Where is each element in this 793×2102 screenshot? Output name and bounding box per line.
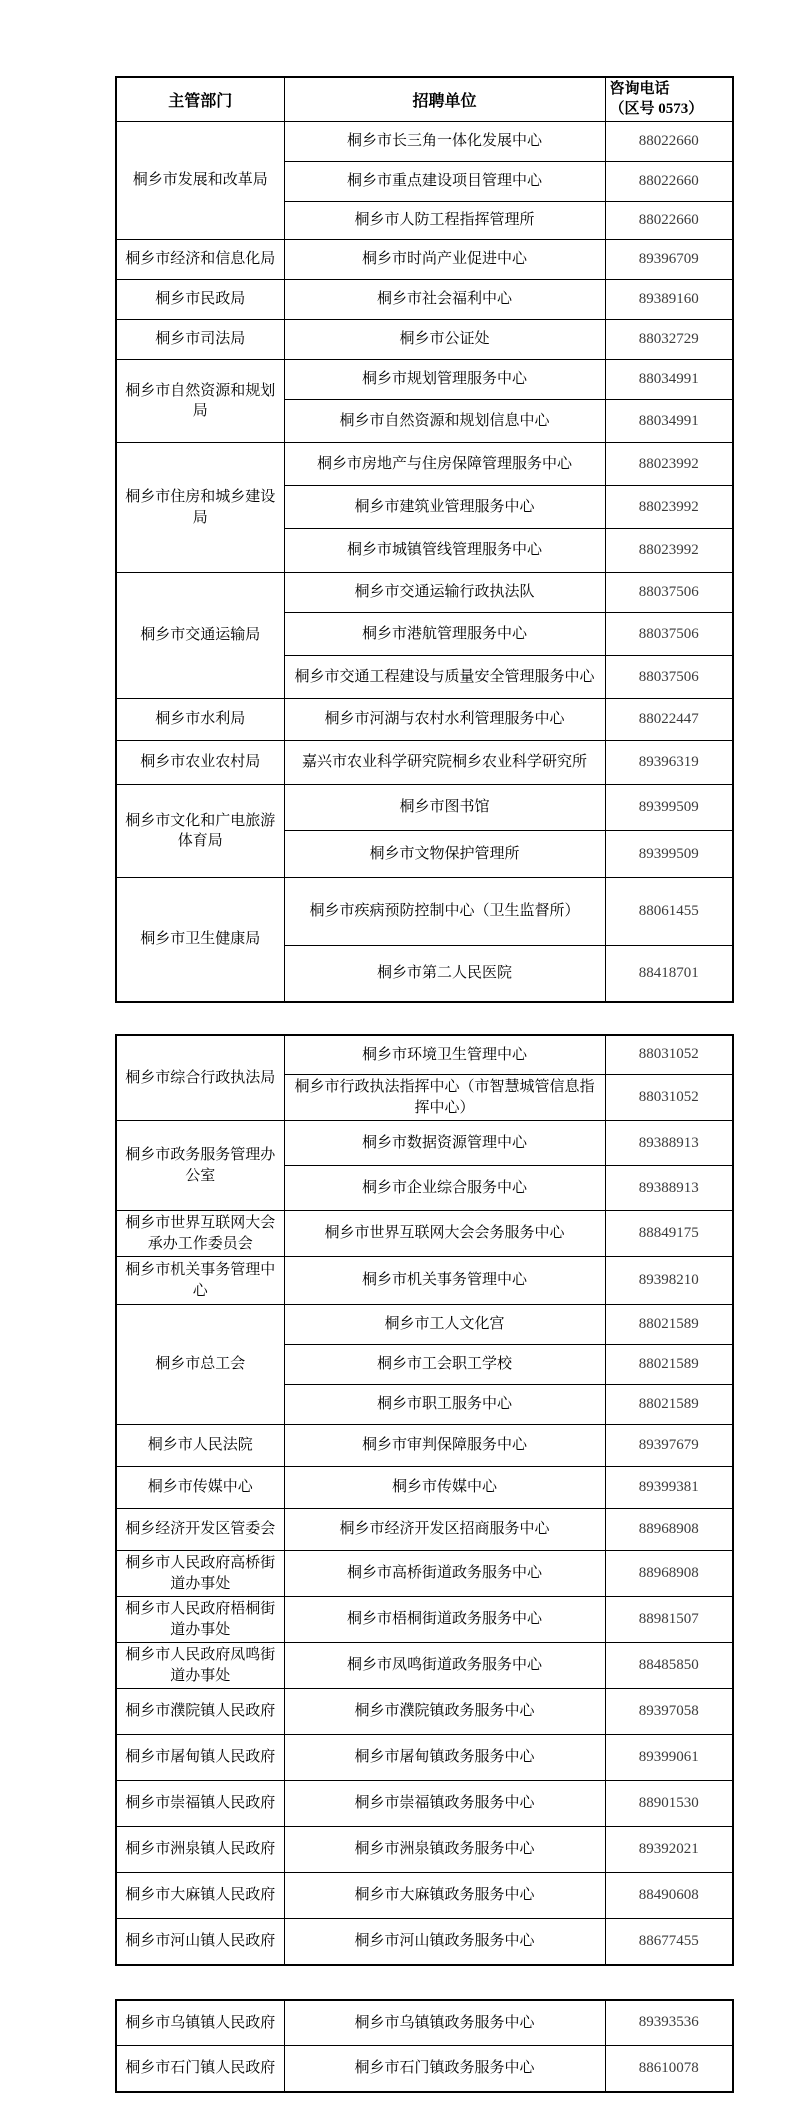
dept-cell: 桐乡市经济和信息化局 [116,240,284,280]
table-row: 桐乡市濮院镇人民政府桐乡市濮院镇政务服务中心89397058 [116,1689,733,1735]
phone-cell: 88021589 [605,1345,733,1385]
dept-cell: 桐乡市洲泉镇人民政府 [116,1827,284,1873]
unit-cell: 桐乡市大麻镇政务服务中心 [284,1873,605,1919]
dept-cell: 桐乡市石门镇人民政府 [116,2046,284,2092]
phone-cell: 89396709 [605,240,733,280]
table-row: 桐乡市文化和广电旅游体育局桐乡市图书馆89399509 [116,785,733,831]
phone-cell: 89397058 [605,1689,733,1735]
phone-cell: 89392021 [605,1827,733,1873]
phone-cell: 88022660 [605,122,733,162]
table-row: 桐乡市经济和信息化局桐乡市时尚产业促进中心89396709 [116,240,733,280]
unit-cell: 桐乡市经济开发区招商服务中心 [284,1509,605,1551]
unit-cell: 桐乡市城镇管线管理服务中心 [284,529,605,573]
unit-cell: 桐乡市机关事务管理中心 [284,1257,605,1305]
phone-cell: 89393536 [605,2000,733,2046]
unit-cell: 桐乡市时尚产业促进中心 [284,240,605,280]
dept-cell: 桐乡市人民政府凤鸣街道办事处 [116,1643,284,1689]
unit-cell: 桐乡市审判保障服务中心 [284,1425,605,1467]
table-row: 桐乡市政务服务管理办公室桐乡市数据资源管理中心89388913 [116,1121,733,1166]
dept-cell: 桐乡经济开发区管委会 [116,1509,284,1551]
table-row: 桐乡市世界互联网大会承办工作委员会桐乡市世界互联网大会会务服务中心8884917… [116,1211,733,1257]
table-row: 桐乡市传媒中心桐乡市传媒中心89399381 [116,1467,733,1509]
unit-cell: 桐乡市规划管理服务中心 [284,360,605,400]
dept-cell: 桐乡市交通运输局 [116,573,284,699]
phone-header-line1: 咨询电话 [610,80,731,100]
unit-cell: 桐乡市凤鸣街道政务服务中心 [284,1643,605,1689]
phone-cell: 89389160 [605,280,733,320]
phone-cell: 88023992 [605,443,733,486]
unit-cell: 桐乡市工人文化宫 [284,1305,605,1345]
table-row: 桐乡市人民政府梧桐街道办事处桐乡市梧桐街道政务服务中心88981507 [116,1597,733,1643]
dept-cell: 桐乡市政务服务管理办公室 [116,1121,284,1211]
table-row: 桐乡市综合行政执法局桐乡市环境卫生管理中心88031052 [116,1035,733,1075]
recruitment-table-1: 主管部门招聘单位咨询电话（区号 0573）桐乡市发展和改革局桐乡市长三角一体化发… [115,76,734,1003]
phone-cell: 88849175 [605,1211,733,1257]
phone-cell: 88034991 [605,400,733,443]
phone-cell: 88031052 [605,1035,733,1075]
dept-cell: 桐乡市文化和广电旅游体育局 [116,785,284,878]
unit-cell: 桐乡市交通运输行政执法队 [284,573,605,613]
phone-cell: 89399509 [605,785,733,831]
dept-cell: 桐乡市水利局 [116,699,284,741]
unit-cell: 桐乡市交通工程建设与质量安全管理服务中心 [284,656,605,699]
column-header-unit: 招聘单位 [284,77,605,122]
phone-cell: 88677455 [605,1919,733,1965]
unit-cell: 桐乡市崇福镇政务服务中心 [284,1781,605,1827]
unit-cell: 桐乡市濮院镇政务服务中心 [284,1689,605,1735]
table-row: 桐乡市河山镇人民政府桐乡市河山镇政务服务中心88677455 [116,1919,733,1965]
phone-cell: 89388913 [605,1121,733,1166]
dept-cell: 桐乡市大麻镇人民政府 [116,1873,284,1919]
dept-cell: 桐乡市自然资源和规划局 [116,360,284,443]
unit-cell: 桐乡市公证处 [284,320,605,360]
phone-cell: 88021589 [605,1305,733,1345]
dept-cell: 桐乡市濮院镇人民政府 [116,1689,284,1735]
unit-cell: 桐乡市重点建设项目管理中心 [284,162,605,202]
unit-cell: 桐乡市数据资源管理中心 [284,1121,605,1166]
table-row: 桐乡市交通运输局桐乡市交通运输行政执法队88037506 [116,573,733,613]
dept-cell: 桐乡市屠甸镇人民政府 [116,1735,284,1781]
phone-cell: 88901530 [605,1781,733,1827]
table-row: 桐乡市崇福镇人民政府桐乡市崇福镇政务服务中心88901530 [116,1781,733,1827]
unit-cell: 桐乡市乌镇镇政务服务中心 [284,2000,605,2046]
unit-cell: 桐乡市人防工程指挥管理所 [284,202,605,240]
phone-cell: 88981507 [605,1597,733,1643]
unit-cell: 桐乡市工会职工学校 [284,1345,605,1385]
dept-cell: 桐乡市世界互联网大会承办工作委员会 [116,1211,284,1257]
dept-cell: 桐乡市河山镇人民政府 [116,1919,284,1965]
header-row: 主管部门招聘单位咨询电话（区号 0573） [116,77,733,122]
dept-cell: 桐乡市人民政府梧桐街道办事处 [116,1597,284,1643]
table-row: 桐乡市民政局桐乡市社会福利中心89389160 [116,280,733,320]
column-header-phone: 咨询电话（区号 0573） [605,77,733,122]
table-row: 桐乡市屠甸镇人民政府桐乡市屠甸镇政务服务中心89399061 [116,1735,733,1781]
phone-cell: 88037506 [605,656,733,699]
table-row: 桐乡市住房和城乡建设局桐乡市房地产与住房保障管理服务中心88023992 [116,443,733,486]
phone-cell: 88490608 [605,1873,733,1919]
unit-cell: 桐乡市高桥街道政务服务中心 [284,1551,605,1597]
phone-cell: 88022660 [605,162,733,202]
dept-cell: 桐乡市民政局 [116,280,284,320]
dept-cell: 桐乡市崇福镇人民政府 [116,1781,284,1827]
table-row: 桐乡市水利局桐乡市河湖与农村水利管理服务中心88022447 [116,699,733,741]
table-row: 桐乡市机关事务管理中心桐乡市机关事务管理中心89398210 [116,1257,733,1305]
unit-cell: 桐乡市建筑业管理服务中心 [284,486,605,529]
unit-cell: 桐乡市石门镇政务服务中心 [284,2046,605,2092]
unit-cell: 桐乡市洲泉镇政务服务中心 [284,1827,605,1873]
phone-cell: 89398210 [605,1257,733,1305]
unit-cell: 桐乡市传媒中心 [284,1467,605,1509]
dept-cell: 桐乡市司法局 [116,320,284,360]
phone-cell: 88968908 [605,1551,733,1597]
table-row: 桐乡市自然资源和规划局桐乡市规划管理服务中心88034991 [116,360,733,400]
dept-cell: 桐乡市发展和改革局 [116,122,284,240]
dept-cell: 桐乡市综合行政执法局 [116,1035,284,1121]
dept-cell: 桐乡市总工会 [116,1305,284,1425]
unit-cell: 桐乡市第二人民医院 [284,946,605,1002]
table-row: 桐乡市农业农村局嘉兴市农业科学研究院桐乡农业科学研究所89396319 [116,741,733,785]
dept-cell: 桐乡市住房和城乡建设局 [116,443,284,573]
phone-cell: 89396319 [605,741,733,785]
table-row: 桐乡市人民政府凤鸣街道办事处桐乡市凤鸣街道政务服务中心88485850 [116,1643,733,1689]
phone-cell: 88061455 [605,878,733,946]
phone-cell: 88022447 [605,699,733,741]
unit-cell: 桐乡市文物保护管理所 [284,831,605,878]
unit-cell: 桐乡市疾病预防控制中心（卫生监督所） [284,878,605,946]
phone-cell: 88022660 [605,202,733,240]
unit-cell: 桐乡市屠甸镇政务服务中心 [284,1735,605,1781]
table-row: 桐乡市大麻镇人民政府桐乡市大麻镇政务服务中心88490608 [116,1873,733,1919]
unit-cell: 桐乡市港航管理服务中心 [284,613,605,656]
table-row: 桐乡市发展和改革局桐乡市长三角一体化发展中心88022660 [116,122,733,162]
phone-cell: 88418701 [605,946,733,1002]
unit-cell: 桐乡市自然资源和规划信息中心 [284,400,605,443]
unit-cell: 桐乡市社会福利中心 [284,280,605,320]
phone-cell: 88968908 [605,1509,733,1551]
dept-cell: 桐乡市人民法院 [116,1425,284,1467]
dept-cell: 桐乡市人民政府高桥街道办事处 [116,1551,284,1597]
unit-cell: 桐乡市企业综合服务中心 [284,1166,605,1211]
dept-cell: 桐乡市乌镇镇人民政府 [116,2000,284,2046]
dept-cell: 桐乡市传媒中心 [116,1467,284,1509]
phone-cell: 89397679 [605,1425,733,1467]
dept-cell: 桐乡市卫生健康局 [116,878,284,1002]
phone-cell: 88610078 [605,2046,733,2092]
dept-cell: 桐乡市农业农村局 [116,741,284,785]
unit-cell: 桐乡市图书馆 [284,785,605,831]
unit-cell: 桐乡市行政执法指挥中心（市智慧城管信息指挥中心） [284,1075,605,1121]
column-header-dept: 主管部门 [116,77,284,122]
unit-cell: 桐乡市世界互联网大会会务服务中心 [284,1211,605,1257]
dept-cell: 桐乡市机关事务管理中心 [116,1257,284,1305]
phone-cell: 88023992 [605,486,733,529]
recruitment-table-2: 桐乡市综合行政执法局桐乡市环境卫生管理中心88031052桐乡市行政执法指挥中心… [115,1034,734,1966]
unit-cell: 桐乡市梧桐街道政务服务中心 [284,1597,605,1643]
table-row: 桐乡市洲泉镇人民政府桐乡市洲泉镇政务服务中心89392021 [116,1827,733,1873]
table-row: 桐乡市人民法院桐乡市审判保障服务中心89397679 [116,1425,733,1467]
table-row: 桐乡市石门镇人民政府桐乡市石门镇政务服务中心88610078 [116,2046,733,2092]
phone-cell: 89399509 [605,831,733,878]
phone-cell: 88485850 [605,1643,733,1689]
phone-cell: 89399061 [605,1735,733,1781]
phone-cell: 88031052 [605,1075,733,1121]
table-row: 桐乡经济开发区管委会桐乡市经济开发区招商服务中心88968908 [116,1509,733,1551]
table-row: 桐乡市卫生健康局桐乡市疾病预防控制中心（卫生监督所）88061455 [116,878,733,946]
unit-cell: 桐乡市长三角一体化发展中心 [284,122,605,162]
table-row: 桐乡市司法局桐乡市公证处88032729 [116,320,733,360]
phone-cell: 89399381 [605,1467,733,1509]
unit-cell: 桐乡市环境卫生管理中心 [284,1035,605,1075]
document-page: 主管部门招聘单位咨询电话（区号 0573）桐乡市发展和改革局桐乡市长三角一体化发… [0,0,793,2102]
unit-cell: 桐乡市河湖与农村水利管理服务中心 [284,699,605,741]
phone-cell: 88034991 [605,360,733,400]
recruitment-table-3: 桐乡市乌镇镇人民政府桐乡市乌镇镇政务服务中心89393536桐乡市石门镇人民政府… [115,1999,734,2093]
unit-cell: 桐乡市河山镇政务服务中心 [284,1919,605,1965]
phone-cell: 88021589 [605,1385,733,1425]
phone-cell: 88037506 [605,613,733,656]
unit-cell: 桐乡市房地产与住房保障管理服务中心 [284,443,605,486]
phone-header-line2: （区号 0573） [610,100,731,120]
table-row: 桐乡市人民政府高桥街道办事处桐乡市高桥街道政务服务中心88968908 [116,1551,733,1597]
phone-cell: 89388913 [605,1166,733,1211]
table-row: 桐乡市总工会桐乡市工人文化宫88021589 [116,1305,733,1345]
phone-cell: 88037506 [605,573,733,613]
unit-cell: 嘉兴市农业科学研究院桐乡农业科学研究所 [284,741,605,785]
unit-cell: 桐乡市职工服务中心 [284,1385,605,1425]
table-row: 桐乡市乌镇镇人民政府桐乡市乌镇镇政务服务中心89393536 [116,2000,733,2046]
phone-cell: 88032729 [605,320,733,360]
phone-cell: 88023992 [605,529,733,573]
